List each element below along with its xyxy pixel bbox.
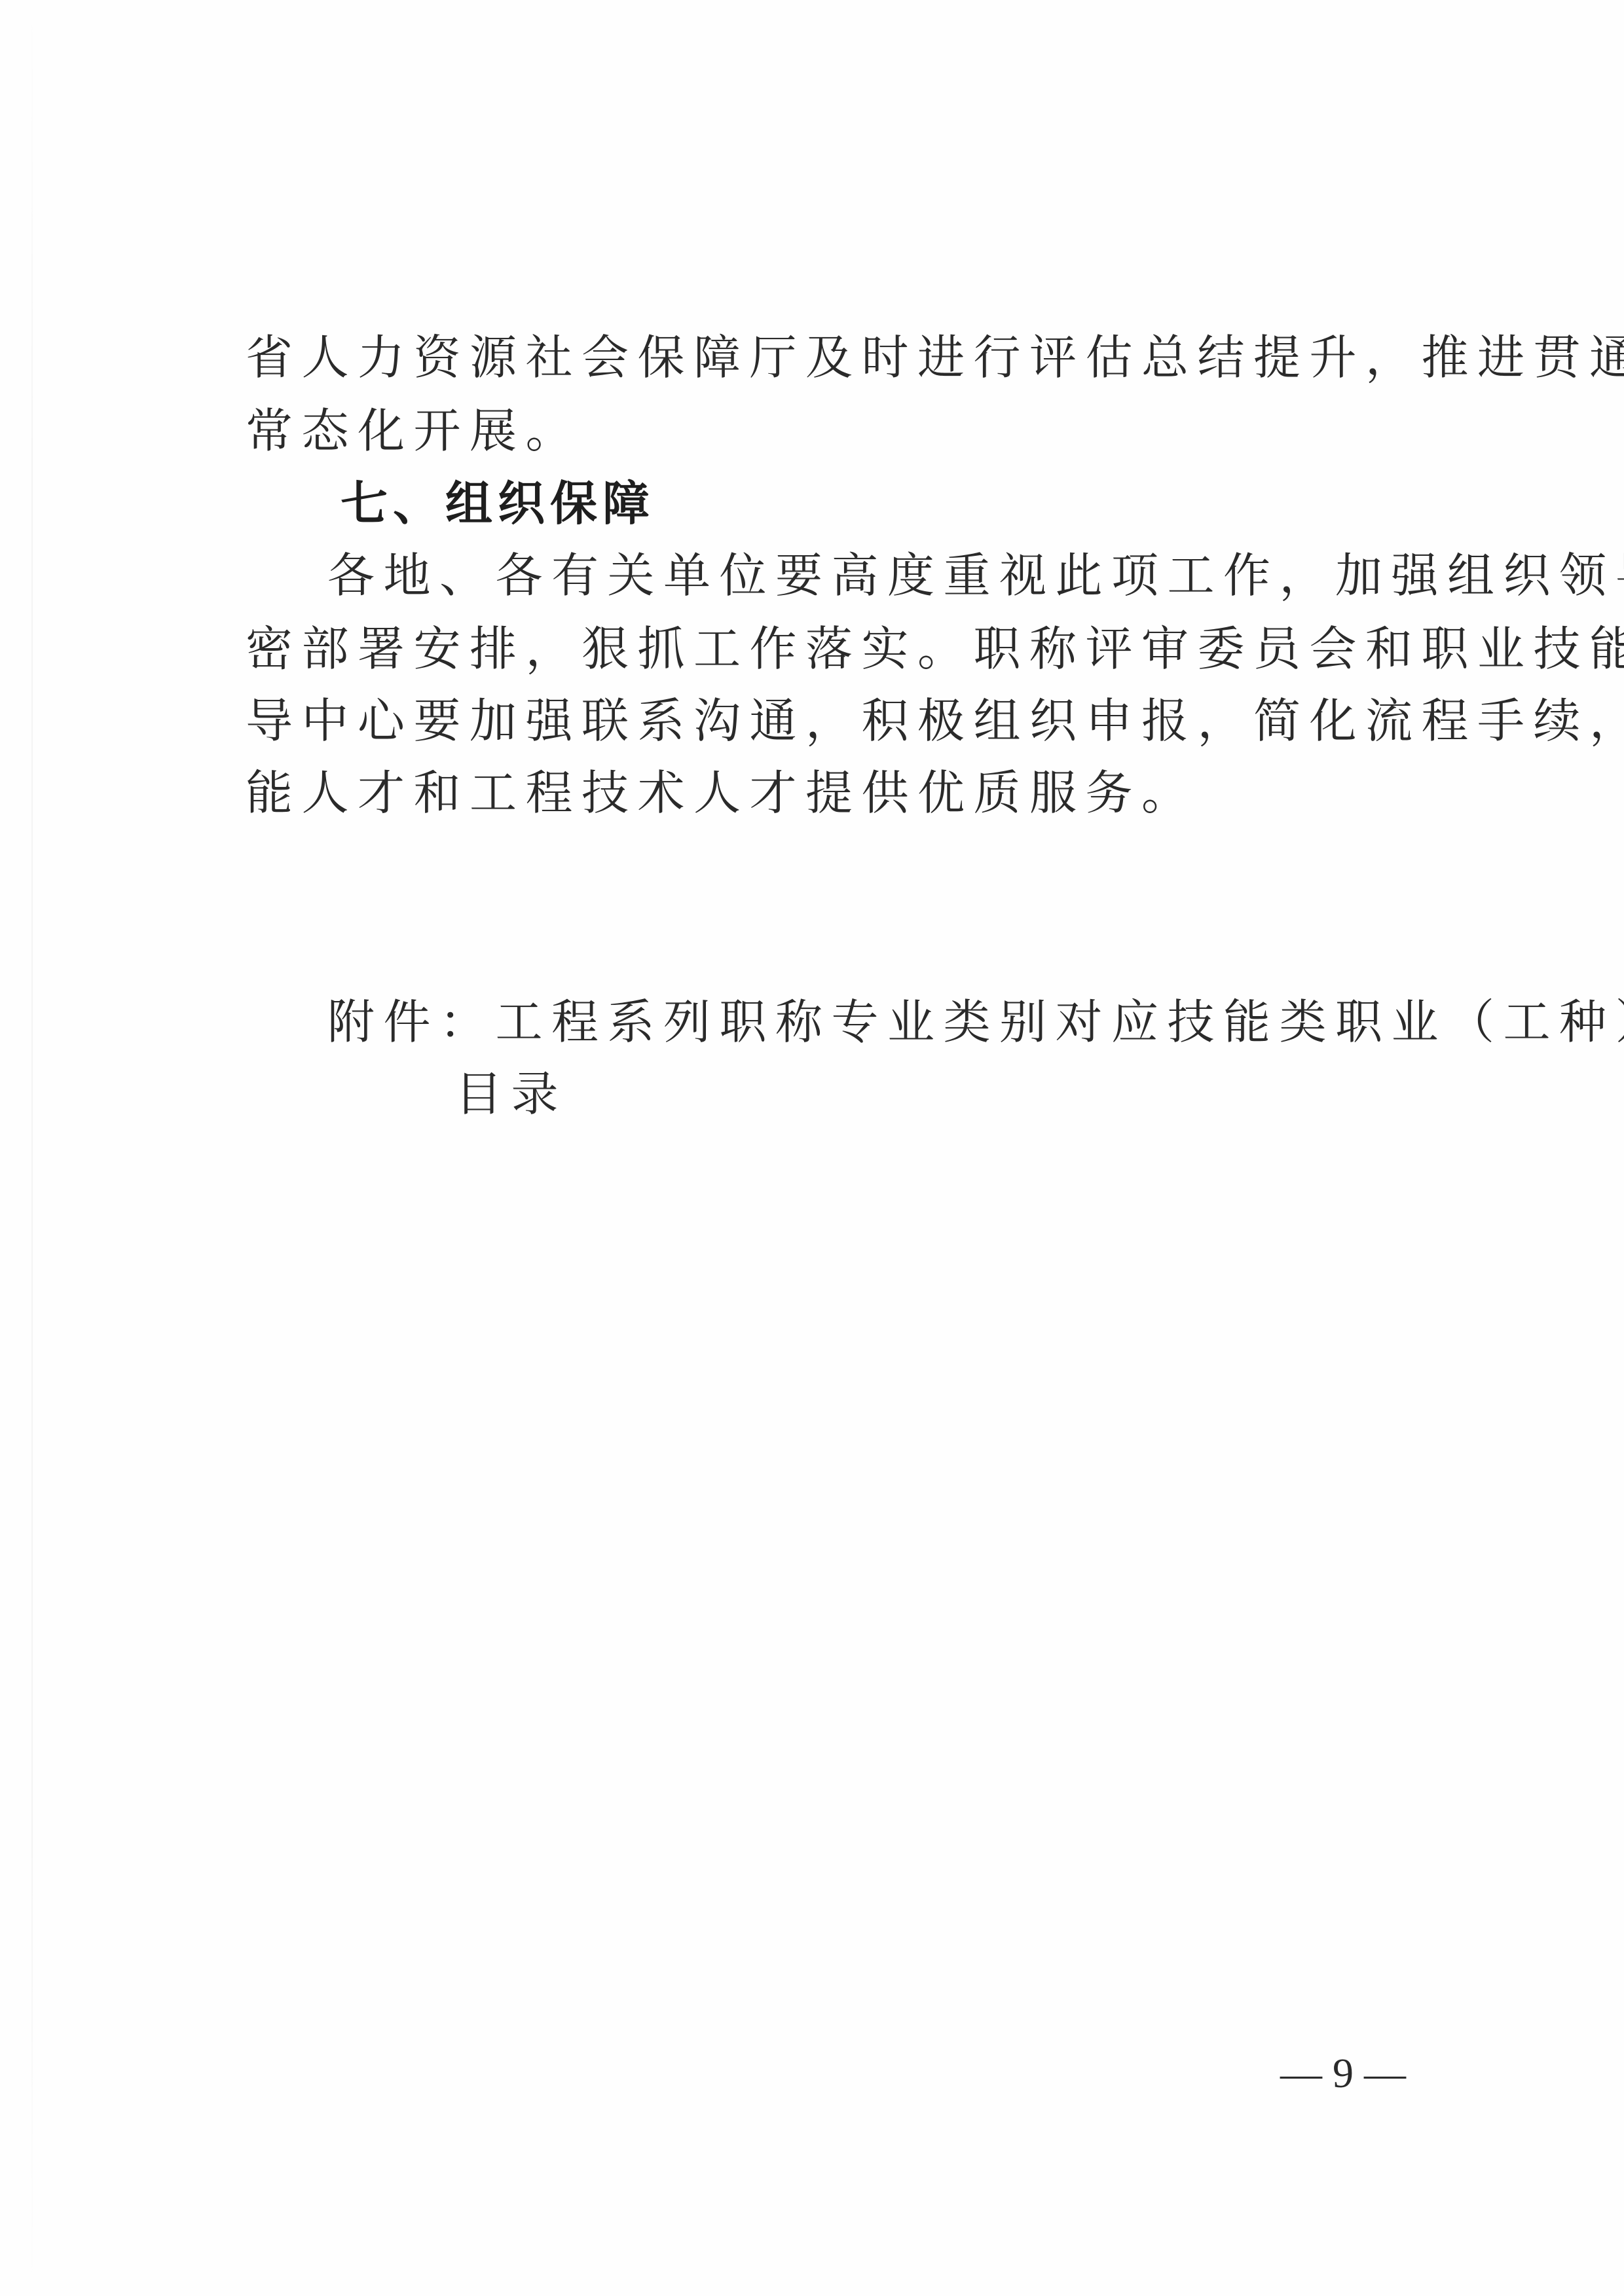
paragraph-line: 密部署安排，狠抓工作落实。职称评审委员会和职业技能鉴定指 bbox=[246, 625, 1624, 672]
attachment-line: 附件：工程系列职称专业类别对应技能类职业（工种）指导 bbox=[327, 998, 1624, 1046]
paragraph-line: 常态化开展。 bbox=[246, 407, 581, 454]
section-heading: 七、组织保障 bbox=[341, 480, 655, 527]
scan-edge-shadow bbox=[31, 0, 33, 2296]
paragraph-line: 能人才和工程技术人才提供优质服务。 bbox=[246, 769, 1198, 816]
document-page: 省人力资源社会保障厅及时进行评估总结提升，推进贯通评价工作 常态化开展。 七、组… bbox=[0, 0, 1624, 2296]
attachment-line: 目录 bbox=[455, 1070, 567, 1118]
paragraph-line: 各地、各有关单位要高度重视此项工作，加强组织领导，周 bbox=[327, 552, 1624, 599]
page-number: — 9 — bbox=[1280, 2049, 1406, 2098]
paragraph-line: 导中心要加强联系沟通，积极组织申报，简化流程手续，为高技 bbox=[246, 697, 1624, 744]
paragraph-line: 省人力资源社会保障厅及时进行评估总结提升，推进贯通评价工作 bbox=[246, 334, 1624, 381]
